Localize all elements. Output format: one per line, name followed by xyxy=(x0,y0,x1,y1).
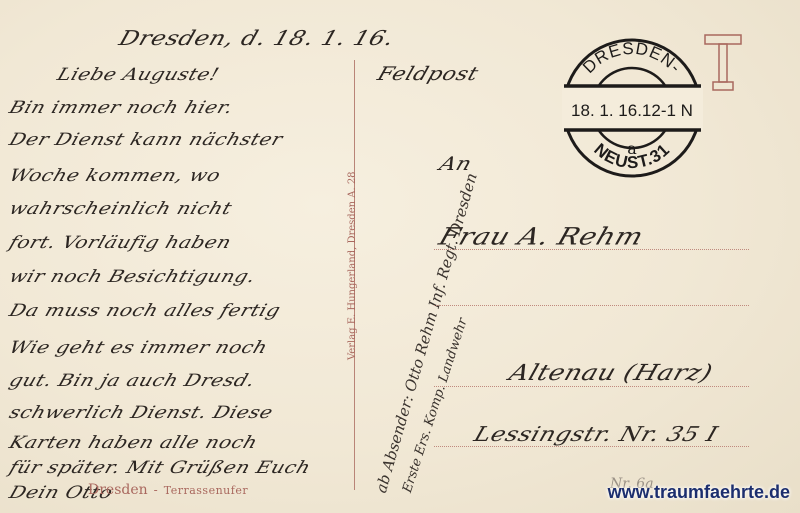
caption-city: Dresden xyxy=(88,482,148,498)
message-line: Liebe Auguste! xyxy=(55,64,222,84)
postmark-stamp: DRESDEN- 18. 1. 16.12-1 N a NEUST.31 xyxy=(560,36,705,181)
caption-place: Terrassenufer xyxy=(164,484,248,497)
message-line: wir noch Besichtigung. xyxy=(7,266,259,286)
postmark-top-text: DRESDEN- xyxy=(579,39,685,77)
svg-text:DRESDEN-: DRESDEN- xyxy=(579,39,685,77)
printed-caption: Dresden-Terrassenufer xyxy=(88,479,248,498)
message-line: Bin immer noch hier. xyxy=(7,97,236,117)
address-line-2 xyxy=(434,305,749,306)
message-line: Der Dienst kann nächster xyxy=(7,129,286,149)
feldpost-note: Feldpost xyxy=(375,64,482,85)
address-street: Lessingstr. Nr. 35 I xyxy=(471,422,721,446)
message-line: Karten haben alle noch xyxy=(7,432,261,452)
watermark-link[interactable]: www.traumfaehrte.de xyxy=(608,482,790,503)
stamp-frame-icon xyxy=(703,33,743,93)
message-line: wahrscheinlich nicht xyxy=(7,198,235,218)
message-line: Woche kommen, wo xyxy=(7,165,224,185)
message-line: Wie geht es immer noch xyxy=(7,337,271,357)
postmark-date: 18. 1. 16.12-1 N xyxy=(571,101,693,120)
caption-separator: - xyxy=(154,483,158,497)
message-line: fort. Vorläufig haben xyxy=(7,232,235,252)
postcard-back: Dresden, d. 18. 1. 16. Liebe Auguste! Bi… xyxy=(0,0,800,513)
date-line: Dresden, d. 18. 1. 16. xyxy=(116,26,397,50)
address-line-4 xyxy=(434,446,749,447)
address-name: Frau A. Rehm xyxy=(435,222,647,250)
message-line: Da muss noch alles fertig xyxy=(7,300,284,320)
message-line: schwerlich Dienst. Diese xyxy=(7,402,276,422)
message-line: für später. Mit Grüßen Euch xyxy=(7,457,314,477)
message-line: gut. Bin ja auch Dresd. xyxy=(7,370,258,390)
address-city: Altenau (Harz) xyxy=(506,360,716,386)
address-line-3 xyxy=(434,386,749,387)
publisher-imprint: Verlag E. Hungerland, Dresden A. 28 xyxy=(347,171,358,360)
address-line-1 xyxy=(434,249,749,250)
